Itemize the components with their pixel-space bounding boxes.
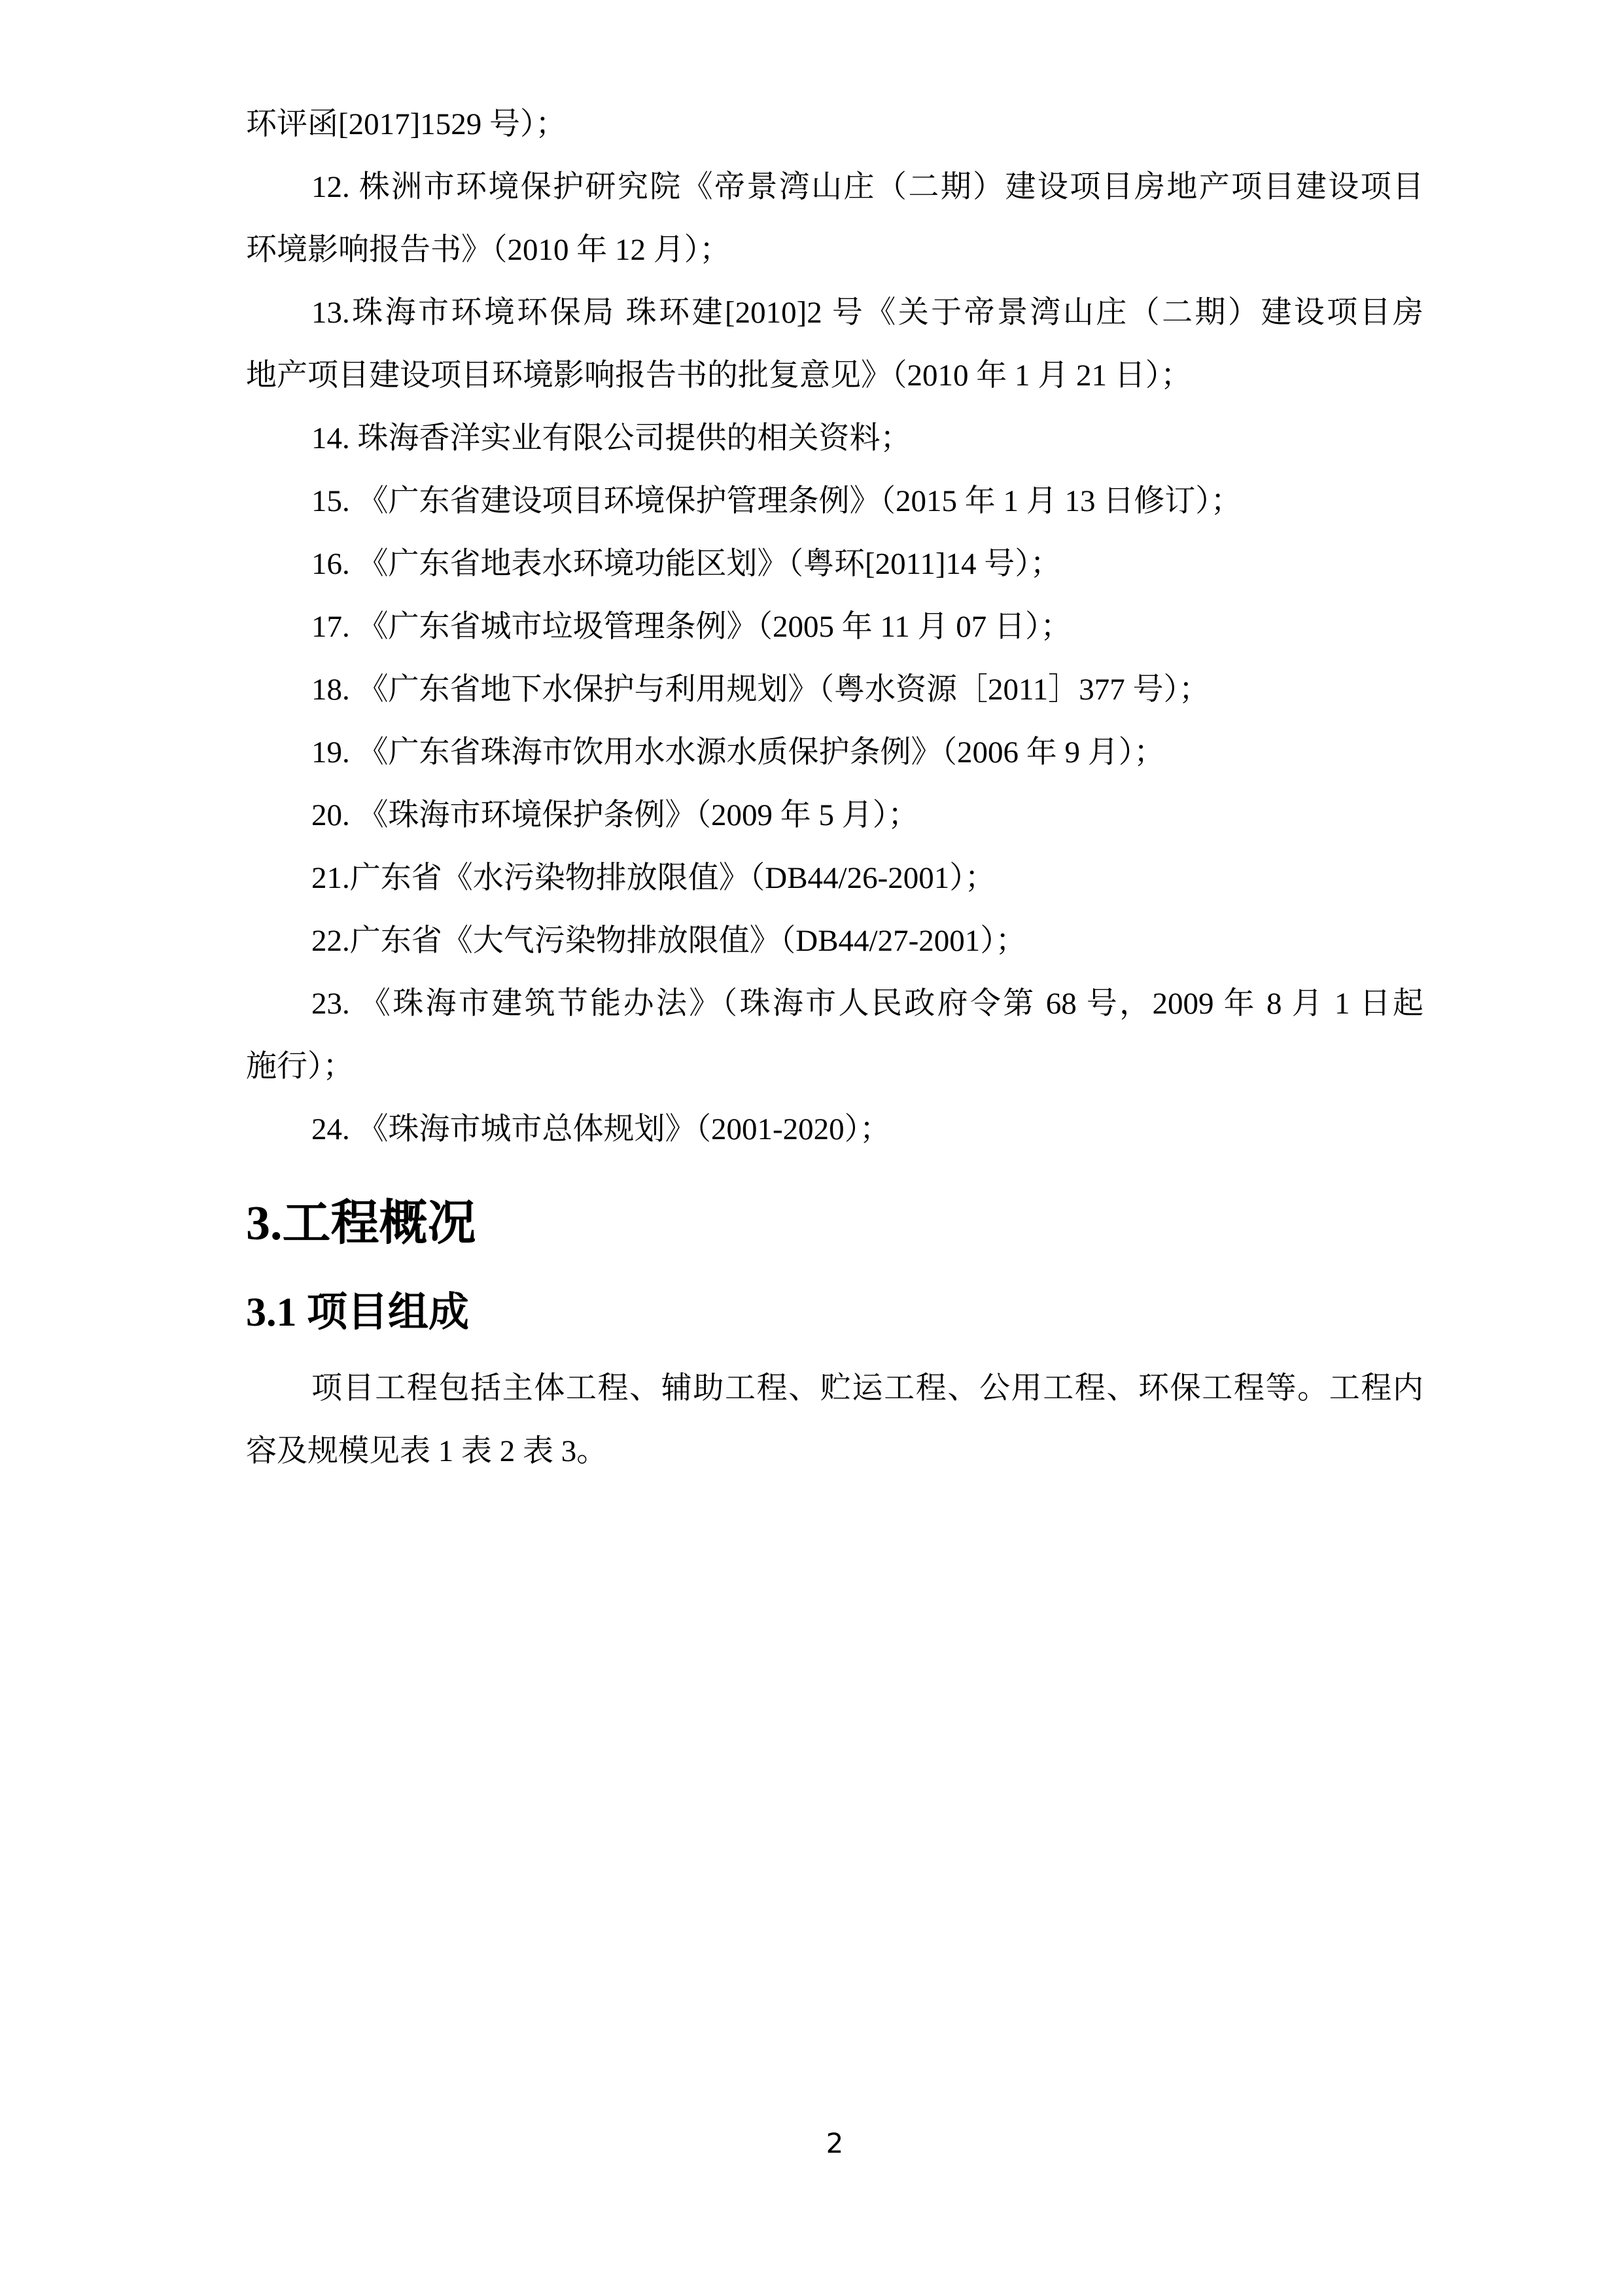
text-line: 环境影响报告书》（2010 年 12 月）； [246,219,1423,281]
text-line: 20. 《珠海市环境保护条例》（2009 年 5 月）； [246,784,1423,847]
text-line: 项目工程包括主体工程、辅助工程、贮运工程、公用工程、环保工程等。工程内 [246,1357,1423,1420]
text-line: 23. 《珠海市建筑节能办法》（珠海市人民政府令第 68 号，2009 年 8 … [246,972,1423,1035]
text-line: 22.广东省《大气污染物排放限值》（DB44/27-2001）； [246,910,1423,972]
subsection-heading: 3.1 项目组成 [246,1279,1423,1347]
section-heading: 3.工程概况 [246,1184,1423,1263]
text-line: 13.珠海市环境环保局 珠环建[2010]2 号《关于帝景湾山庄（二期）建设项目… [246,281,1423,344]
text-line: 24. 《珠海市城市总体规划》（2001-2020）； [246,1098,1423,1161]
text-line: 19. 《广东省珠海市饮用水水源水质保护条例》（2006 年 9 月）； [246,721,1423,784]
reference-list: 环评函[2017]1529 号）；12. 株洲市环境保护研究院《帝景湾山庄（二期… [246,93,1423,1161]
document-page: 环评函[2017]1529 号）；12. 株洲市环境保护研究院《帝景湾山庄（二期… [0,0,1623,2296]
text-line: 17. 《广东省城市垃圾管理条例》（2005 年 11 月 07 日）； [246,595,1423,658]
page-number: 2 [246,2124,1423,2163]
text-line: 施行）； [246,1035,1423,1098]
body-paragraph: 项目工程包括主体工程、辅助工程、贮运工程、公用工程、环保工程等。工程内容及规模见… [246,1357,1423,1483]
text-line: 环评函[2017]1529 号）； [246,93,1423,156]
text-line: 18. 《广东省地下水保护与利用规划》（粤水资源［2011］377 号）； [246,658,1423,721]
text-line: 16. 《广东省地表水环境功能区划》（粤环[2011]14 号）； [246,533,1423,595]
text-line: 21.广东省《水污染物排放限值》（DB44/26-2001）； [246,847,1423,910]
text-line: 12. 株洲市环境保护研究院《帝景湾山庄（二期）建设项目房地产项目建设项目 [246,156,1423,219]
page-content: 环评函[2017]1529 号）；12. 株洲市环境保护研究院《帝景湾山庄（二期… [246,93,1423,1483]
text-line: 15. 《广东省建设项目环境保护管理条例》（2015 年 1 月 13 日修订）… [246,470,1423,533]
text-line: 地产项目建设项目环境影响报告书的批复意见》（2010 年 1 月 21 日）； [246,344,1423,407]
text-line: 14. 珠海香洋实业有限公司提供的相关资料； [246,407,1423,470]
text-line: 容及规模见表 1 表 2 表 3。 [246,1420,1423,1483]
